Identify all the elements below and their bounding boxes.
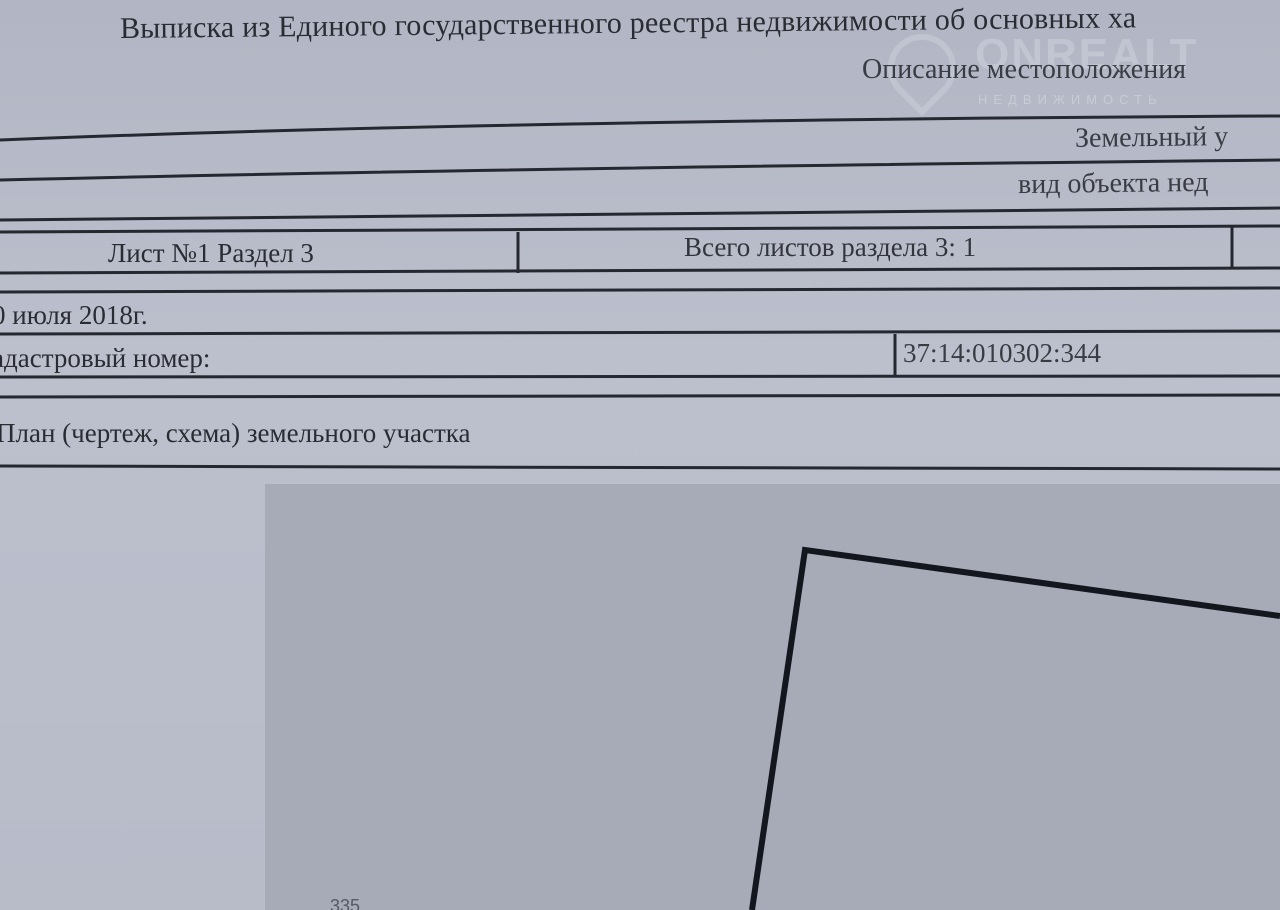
object-kind: Земельный у [1075, 121, 1229, 155]
plan-title: План (чертеж, схема) земельного участка [0, 418, 471, 449]
plan-point-label: 335 [330, 896, 360, 910]
object-type-label: вид объекта нед [1018, 167, 1209, 201]
parcel-boundary [752, 550, 1280, 910]
document-subtitle: Описание местоположения [862, 54, 1186, 86]
document-date: 0 июля 2018г. [0, 300, 148, 331]
cadastral-number-value: 37:14:010302:344 [903, 338, 1101, 369]
sheet-label: Лист №1 Раздел 3 [108, 238, 314, 269]
watermark-tagline: НЕДВИЖИМОСТЬ [978, 92, 1163, 107]
cadastral-number-label: адастровый номер: [0, 343, 210, 374]
total-sheets-label: Всего листов раздела 3: 1 [684, 232, 976, 263]
